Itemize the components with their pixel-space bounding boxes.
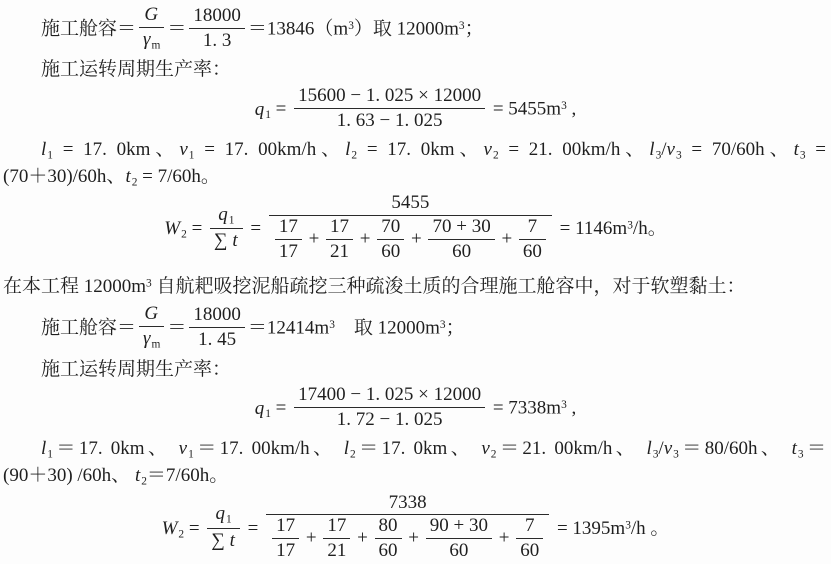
- text-run: /h。: [633, 218, 667, 239]
- fraction-numerator: G: [139, 4, 164, 28]
- text-run: = 17. 00km/h、: [195, 139, 346, 160]
- text-run: 18000: [193, 5, 241, 26]
- math-variable: v: [664, 438, 673, 459]
- fraction-denominator: ∑ t: [210, 229, 243, 252]
- fraction-denominator: 17: [272, 539, 299, 562]
- text-run: 60: [452, 241, 471, 262]
- text-run: ,: [567, 99, 577, 120]
- fraction-numerator: 17: [275, 216, 302, 240]
- text-run: ＝: [167, 318, 186, 339]
- text-run: 17: [327, 515, 346, 536]
- math-variable: W: [162, 518, 179, 539]
- math-variable: v: [179, 139, 188, 160]
- text-run: +: [406, 229, 426, 250]
- fraction: 180001. 45: [189, 304, 245, 351]
- fraction: 1717: [272, 515, 299, 562]
- fraction-denominator: 21: [323, 539, 350, 562]
- subscript: 1: [229, 214, 235, 226]
- text-run: 17: [279, 216, 298, 237]
- fraction: 760: [516, 515, 543, 562]
- text-run: (70＋30)/60h、: [3, 166, 125, 187]
- text-run: +: [497, 229, 517, 250]
- fraction-numerator: 17: [272, 515, 299, 539]
- text-run: 70: [381, 216, 400, 237]
- fraction-denominator: 1. 3: [189, 29, 245, 52]
- text-run: 施工运转周期生产率：: [41, 359, 231, 380]
- fraction-denominator: 60: [516, 539, 543, 562]
- fraction-denominator: 60: [377, 240, 404, 263]
- text-run: 17400 − 1. 025 × 12000: [298, 384, 481, 405]
- text-run: /h 。: [631, 518, 670, 539]
- text-run: =: [271, 99, 291, 120]
- text-run: =: [806, 139, 826, 160]
- text-run: = 17. 0km、: [53, 139, 179, 160]
- fraction: 1717: [275, 216, 302, 263]
- w2-formula-2: W2 = q1∑ t = 73381717 + 1721 + 8060 + 90…: [3, 494, 828, 564]
- text-run: +: [301, 528, 321, 549]
- fraction-denominator: γm: [139, 327, 164, 352]
- fraction-numerator: 7: [516, 515, 543, 539]
- fraction-numerator: 18000: [189, 304, 245, 328]
- text-run: ＝: [804, 438, 826, 459]
- text-run: ＝17. 00km/h、: [194, 438, 344, 459]
- fraction-numerator: 17400 − 1. 025 × 12000: [294, 384, 485, 408]
- text-run: = 7338m: [488, 398, 561, 419]
- subscript: m: [152, 339, 161, 351]
- fraction-denominator: 1. 45: [189, 328, 245, 351]
- fraction: 7060: [377, 216, 404, 263]
- text-run: ∑: [211, 530, 229, 551]
- text-run: ＝13846（m: [248, 19, 348, 40]
- text-run: 7: [528, 216, 538, 237]
- text-run: ,: [567, 398, 577, 419]
- text-run: +: [355, 229, 375, 250]
- text-run: 17: [330, 216, 349, 237]
- text-run: = 70/60h、: [682, 139, 794, 160]
- math-variable: v: [484, 139, 493, 160]
- fraction: 8060: [375, 515, 402, 562]
- text-run: ＝17. 0km、: [53, 438, 179, 459]
- fraction-numerator: 70 + 30: [428, 216, 494, 240]
- fraction: Gγm: [139, 303, 164, 351]
- text-run: 7: [525, 515, 535, 536]
- fraction-denominator: 60: [426, 539, 492, 562]
- text-run: 21: [330, 241, 349, 262]
- fraction-numerator: G: [139, 303, 164, 327]
- params-line-1b: (70＋30)/60h、t2 = 7/60h。: [3, 165, 828, 190]
- math-variable: W: [164, 218, 181, 239]
- text-run: ＝80/60h、: [679, 438, 792, 459]
- text-run: =: [271, 398, 291, 419]
- text-run: 7338: [389, 492, 427, 513]
- text-run: /: [658, 438, 663, 459]
- text-run: 60: [523, 241, 542, 262]
- fraction-numerator: 80: [375, 515, 402, 539]
- cabin-capacity-formula-1: 施工舱容＝Gγm＝180001. 3＝13846（m3）取 12000m3；: [3, 6, 828, 54]
- text-run: 1. 3: [203, 30, 232, 51]
- math-variable: v: [179, 438, 188, 459]
- text-run: 21: [327, 540, 346, 561]
- text-run: = 21. 00km/h、: [499, 139, 650, 160]
- text-run: 60: [449, 540, 468, 561]
- fraction: 760: [519, 216, 546, 263]
- text-run: = 1395m: [552, 518, 625, 539]
- text-run: = 1146m: [555, 218, 627, 239]
- fraction: Gγm: [139, 4, 164, 52]
- math-variable: v: [667, 139, 676, 160]
- cycle-rate-label-1: 施工运转周期生产率：: [3, 58, 828, 83]
- text-run: 60: [381, 241, 400, 262]
- q1-formula-2: q1 = 17400 − 1. 025 × 120001. 72 − 1. 02…: [3, 386, 828, 433]
- params-line-2b: (90＋30) /60h、 t2＝7/60h。: [3, 464, 828, 489]
- fraction-denominator: 1. 63 − 1. 025: [294, 109, 485, 132]
- text-run: /: [661, 139, 666, 160]
- text-run: ；: [465, 19, 484, 40]
- fraction-denominator: ∑ t: [207, 529, 240, 552]
- text-run: ）取 12000m: [354, 19, 459, 40]
- text-run: 施工运转周期生产率：: [41, 59, 231, 80]
- text-run: ＝21. 00km/h、: [497, 438, 647, 459]
- fraction-denominator: 60: [428, 240, 494, 263]
- text-run: 80: [379, 515, 398, 536]
- math-variable: G: [144, 303, 159, 324]
- text-run: ∑: [214, 230, 232, 251]
- fraction-numerator: 18000: [189, 5, 245, 29]
- text-run: 在本工程 12000m: [3, 276, 146, 297]
- text-run: +: [304, 229, 324, 250]
- params-line-2a: l1＝17. 0km、 v1＝17. 00km/h、 l2＝17. 0km、 v…: [3, 437, 828, 462]
- text-run: 1. 72 − 1. 025: [337, 409, 443, 430]
- math-variable: q: [255, 99, 266, 120]
- fraction: 1721: [326, 216, 353, 263]
- fraction-denominator: 1717 + 1721 + 7060 + 70 + 3060 + 760: [269, 216, 552, 264]
- fraction-numerator: 90 + 30: [426, 515, 492, 539]
- text-run: ＝: [167, 19, 186, 40]
- document-page: 施工舱容＝Gγm＝180001. 3＝13846（m3）取 12000m3；施工…: [0, 0, 831, 564]
- text-run: +: [494, 528, 514, 549]
- fraction-denominator: 21: [326, 240, 353, 263]
- fraction: q1∑ t: [210, 204, 243, 252]
- text-run: 18000: [193, 304, 241, 325]
- text-run: =: [243, 518, 263, 539]
- text-run: 17: [276, 515, 295, 536]
- fraction-denominator: 60: [375, 539, 402, 562]
- fraction-numerator: 17: [326, 216, 353, 240]
- math-variable: v: [481, 438, 490, 459]
- math-variable: γ: [143, 328, 152, 349]
- w2-formula-1: W2 = q1∑ t = 54551717 + 1721 + 7060 + 70…: [3, 194, 828, 266]
- text-run: 取 12000m: [335, 318, 440, 339]
- text-run: 1. 63 − 1. 025: [337, 110, 443, 131]
- text-run: 1. 45: [198, 329, 236, 350]
- text-run: 90 + 30: [430, 515, 488, 536]
- text-run: 15600 − 1. 025 × 12000: [298, 85, 481, 106]
- text-run: 17: [276, 540, 295, 561]
- text-run: 施工舱容＝: [41, 19, 136, 40]
- math-variable: G: [144, 4, 159, 25]
- text-run: 60: [379, 540, 398, 561]
- math-variable: q: [218, 204, 229, 225]
- fraction-denominator: 1717 + 1721 + 8060 + 90 + 3060 + 760: [266, 515, 549, 563]
- cycle-rate-label-2: 施工运转周期生产率：: [3, 358, 828, 383]
- fraction-numerator: 5455: [269, 192, 552, 216]
- text-run: =: [187, 218, 207, 239]
- subscript: 1: [226, 514, 232, 526]
- fraction: 73381717 + 1721 + 8060 + 90 + 3060 + 760: [266, 492, 549, 564]
- fraction: 17400 − 1. 025 × 120001. 72 − 1. 025: [294, 384, 485, 431]
- fraction-denominator: γm: [139, 28, 164, 53]
- math-variable: t: [230, 530, 236, 551]
- text-run: ＝7/60h。: [147, 465, 228, 486]
- fraction-numerator: 17: [323, 515, 350, 539]
- math-variable: γ: [143, 29, 152, 50]
- text-run: 5455: [391, 192, 429, 213]
- text-run: (90＋30) /60h、: [3, 465, 135, 486]
- text-run: 60: [520, 540, 539, 561]
- math-variable: q: [216, 503, 227, 524]
- subscript: m: [152, 39, 161, 51]
- section-paragraph: 在本工程 12000m3 自航耙吸挖泥船疏挖三种疏浚土质的合理施工舱容中，对于软…: [3, 275, 828, 300]
- math-variable: t: [232, 230, 238, 251]
- text-run: 17: [279, 241, 298, 262]
- fraction-numerator: 7338: [266, 492, 549, 516]
- text-run: +: [352, 528, 372, 549]
- fraction-numerator: 7: [519, 216, 546, 240]
- fraction: 1721: [323, 515, 350, 562]
- fraction-numerator: 15600 − 1. 025 × 12000: [294, 85, 485, 109]
- fraction-denominator: 1. 72 − 1. 025: [294, 408, 485, 431]
- cabin-capacity-formula-2: 施工舱容＝Gγm＝180001. 45＝12414m3 取 12000m3；: [3, 305, 828, 353]
- fraction: 180001. 3: [189, 5, 245, 52]
- text-run: 施工舱容＝: [41, 318, 136, 339]
- text-run: 70 + 30: [432, 216, 490, 237]
- params-line-1a: l1 = 17. 0km、v1 = 17. 00km/h、l2 = 17. 0k…: [3, 138, 828, 163]
- fraction-numerator: q1: [210, 204, 243, 230]
- math-variable: q: [255, 398, 266, 419]
- fraction-denominator: 17: [275, 240, 302, 263]
- text-run: = 7/60h。: [137, 166, 220, 187]
- fraction: 90 + 3060: [426, 515, 492, 562]
- fraction: q1∑ t: [207, 503, 240, 551]
- text-run: =: [184, 518, 204, 539]
- text-run: ；: [446, 318, 465, 339]
- fraction-numerator: q1: [207, 503, 240, 529]
- fraction-denominator: 60: [519, 240, 546, 263]
- text-run: = 17. 0km、: [357, 139, 483, 160]
- text-run: = 5455m: [488, 99, 561, 120]
- fraction-numerator: 70: [377, 216, 404, 240]
- text-run: ＝17. 0km、: [356, 438, 482, 459]
- text-run: 自航耙吸挖泥船疏挖三种疏浚土质的合理施工舱容中，对于软塑黏土：: [152, 276, 746, 297]
- fraction: 15600 − 1. 025 × 120001. 63 − 1. 025: [294, 85, 485, 132]
- q1-formula-1: q1 = 15600 − 1. 025 × 120001. 63 − 1. 02…: [3, 87, 828, 134]
- text-run: +: [404, 528, 424, 549]
- text-run: ＝12414m: [248, 318, 329, 339]
- text-run: =: [246, 218, 266, 239]
- fraction: 54551717 + 1721 + 7060 + 70 + 3060 + 760: [269, 192, 552, 264]
- fraction: 70 + 3060: [428, 216, 494, 263]
